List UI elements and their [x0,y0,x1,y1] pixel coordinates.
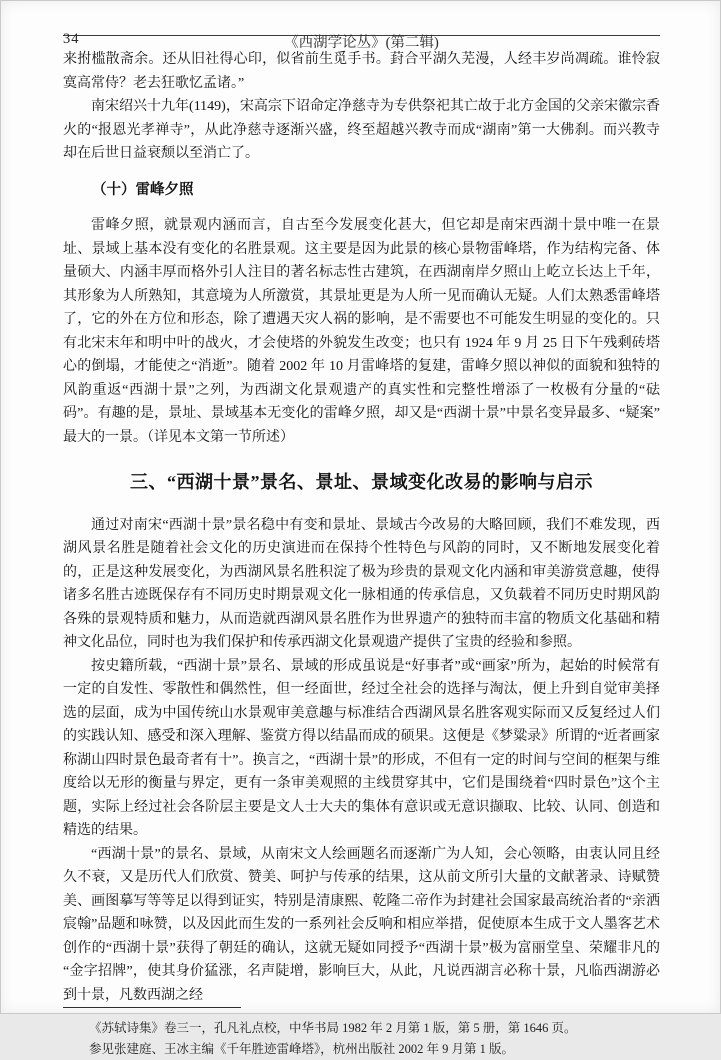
scanned-book-page: 34 《西湖学论丛》(第二辑) 来拊槛散斋余。还从旧社得心印，似省前生觅手书。葑… [0,0,721,1014]
paragraph-jingci-temple: 南宋绍兴十九年(1149)，宋高宗下诏命定净慈寺为专供祭祀其亡故于北方金国的父亲… [63,95,660,166]
paragraph-review: 通过对南宋“西湖十景”景名稳中有变和景址、景域古今改易的大略回顾，我们不难发现，… [63,514,660,655]
journal-title: 《西湖学论丛》(第二辑) [63,31,660,52]
section-heading: 三、“西湖十景”景名、景址、景域变化改易的影响与启示 [63,471,660,495]
footnote-item: 《苏轼诗集》卷三一，孔凡礼点校，中华书局 1982 年 2 月第 1 版，第 5… [89,1018,660,1039]
footnote-item: 参见张建庭、王冰主编《千年胜迹雷峰塔》，杭州出版社 2002 年 9 月第 1 … [89,1039,660,1060]
paragraph-ten-scenes-legacy: “西湖十景”的景名、景域，从南宋文人绘画题名而逐渐广为人知，会心领略，由衷认同且… [63,843,660,1008]
paragraph-leifeng-overview: 雷峰夕照，就景观内涵而言，自古至今发展变化甚大，但它却是南宋西湖十景中唯一在景址… [63,214,660,449]
footnote-area: 《苏轼诗集》卷三一，孔凡礼点校，中华书局 1982 年 2 月第 1 版，第 5… [63,1007,660,1060]
footnote-list: 《苏轼诗集》卷三一，孔凡礼点校，中华书局 1982 年 2 月第 1 版，第 5… [63,1018,660,1060]
paragraph-historical-records: 按史籍所载，“西湖十景”景名、景域的形成虽说是“好事者”或“画家”所为，起始的时… [63,655,660,843]
paragraph-poem-continuation: 来拊槛散斋余。还从旧社得心印，似省前生觅手书。葑合平湖久芜漫，人经丰岁尚凋疏。谁… [63,48,660,95]
body-text: 来拊槛散斋余。还从旧社得心印，似省前生觅手书。葑合平湖久芜漫，人经丰岁尚凋疏。谁… [63,48,660,1007]
footnote-divider [63,1007,241,1008]
subheading-leifeng-sunset: （十）雷峰夕照 [63,179,660,203]
